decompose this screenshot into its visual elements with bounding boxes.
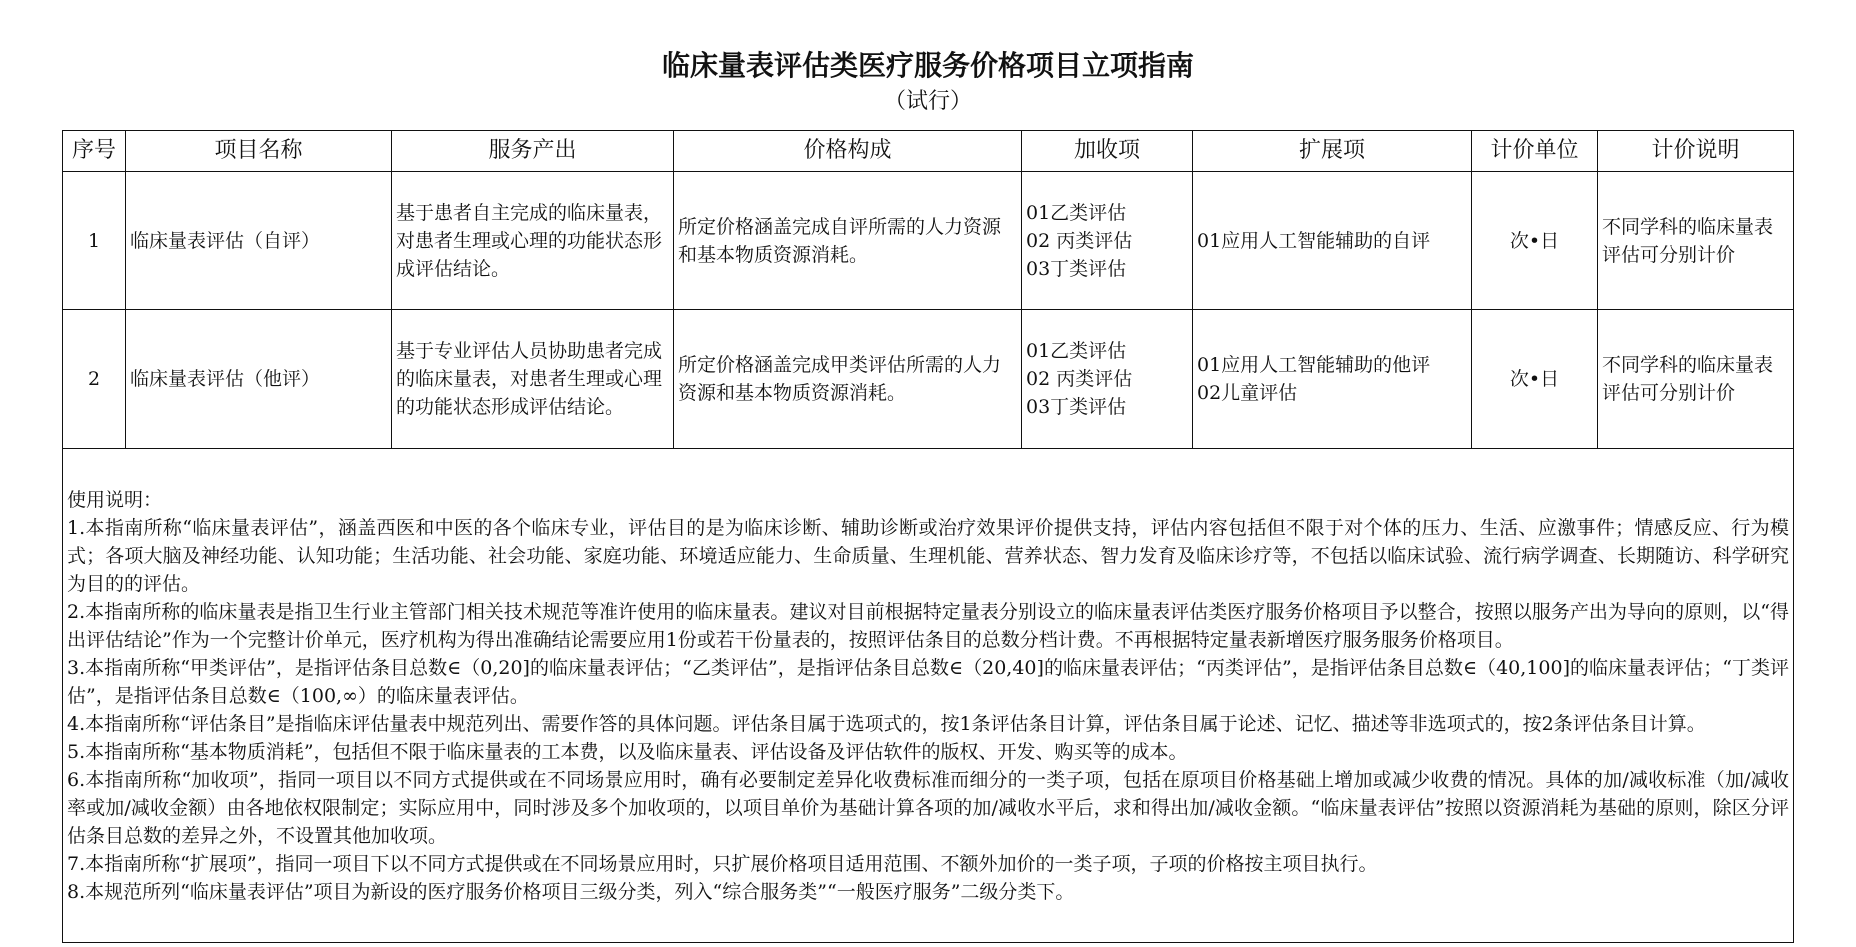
extension-item: 01应用人工智能辅助的自评 <box>1197 227 1467 255</box>
table-header-row: 序号 项目名称 服务产出 价格构成 加收项 扩展项 计价单位 计价说明 <box>63 131 1794 172</box>
row-surcharges: 01乙类评估 02 丙类评估 03丁类评估 <box>1022 172 1193 310</box>
row-price-composition: 所定价格涵盖完成自评所需的人力资源和基本物质资源消耗。 <box>674 172 1022 310</box>
table-row: 2 临床量表评估（他评） 基于专业评估人员协助患者完成的临床量表，对患者生理或心… <box>63 310 1794 449</box>
row-service-output: 基于患者自主完成的临床量表，对患者生理或心理的功能状态形成评估结论。 <box>392 172 674 310</box>
notes-heading: 使用说明： <box>67 486 1789 514</box>
row-index: 1 <box>63 172 126 310</box>
header-item-name: 项目名称 <box>126 131 392 172</box>
surcharge-item: 01乙类评估 <box>1026 199 1188 227</box>
surcharge-item: 02 丙类评估 <box>1026 227 1188 255</box>
row-extensions: 01应用人工智能辅助的自评 <box>1193 172 1472 310</box>
header-surcharges: 加收项 <box>1022 131 1193 172</box>
header-price-composition: 价格构成 <box>674 131 1022 172</box>
note-item: 8.本规范所列“临床量表评估”项目为新设的医疗服务价格项目三级分类，列入“综合服… <box>67 878 1789 906</box>
header-index: 序号 <box>63 131 126 172</box>
row-index: 2 <box>63 310 126 449</box>
row-pricing-unit: 次•日 <box>1472 310 1598 449</box>
surcharge-item: 03丁类评估 <box>1026 393 1188 421</box>
header-service-output: 服务产出 <box>392 131 674 172</box>
note-item: 7.本指南所称“扩展项”，指同一项目下以不同方式提供或在不同场景应用时，只扩展价… <box>67 850 1789 878</box>
note-item: 6.本指南所称“加收项”，指同一项目以不同方式提供或在不同场景应用时，确有必要制… <box>67 766 1789 850</box>
header-pricing-note: 计价说明 <box>1598 131 1794 172</box>
row-pricing-note: 不同学科的临床量表评估可分别计价 <box>1598 172 1794 310</box>
row-pricing-unit: 次•日 <box>1472 172 1598 310</box>
pricing-guide-table: 序号 项目名称 服务产出 价格构成 加收项 扩展项 计价单位 计价说明 1 临床… <box>62 130 1794 943</box>
row-surcharges: 01乙类评估 02 丙类评估 03丁类评估 <box>1022 310 1193 449</box>
note-item: 3.本指南所称“甲类评估”，是指评估条目总数∈（0,20]的临床量表评估；“乙类… <box>67 654 1789 710</box>
row-price-composition: 所定价格涵盖完成甲类评估所需的人力资源和基本物质资源消耗。 <box>674 310 1022 449</box>
row-item-name: 临床量表评估（他评） <box>126 310 392 449</box>
row-pricing-note: 不同学科的临床量表评估可分别计价 <box>1598 310 1794 449</box>
note-item: 2.本指南所称的临床量表是指卫生行业主管部门相关技术规范等准许使用的临床量表。建… <box>67 598 1789 654</box>
surcharge-item: 01乙类评估 <box>1026 337 1188 365</box>
usage-notes: 使用说明： 1.本指南所称“临床量表评估”，涵盖西医和中医的各个临床专业，评估目… <box>63 449 1794 943</box>
note-item: 1.本指南所称“临床量表评估”，涵盖西医和中医的各个临床专业，评估目的是为临床诊… <box>67 514 1789 598</box>
note-item: 4.本指南所称“评估条目”是指临床评估量表中规范列出、需要作答的具体问题。评估条… <box>67 710 1789 738</box>
row-extensions: 01应用人工智能辅助的他评 02儿童评估 <box>1193 310 1472 449</box>
header-extensions: 扩展项 <box>1193 131 1472 172</box>
row-item-name: 临床量表评估（自评） <box>126 172 392 310</box>
surcharge-item: 02 丙类评估 <box>1026 365 1188 393</box>
document-title: 临床量表评估类医疗服务价格项目立项指南 <box>0 44 1856 84</box>
extension-item: 02儿童评估 <box>1197 379 1467 407</box>
row-service-output: 基于专业评估人员协助患者完成的临床量表，对患者生理或心理的功能状态形成评估结论。 <box>392 310 674 449</box>
header-pricing-unit: 计价单位 <box>1472 131 1598 172</box>
table-row: 1 临床量表评估（自评） 基于患者自主完成的临床量表，对患者生理或心理的功能状态… <box>63 172 1794 310</box>
notes-row: 使用说明： 1.本指南所称“临床量表评估”，涵盖西医和中医的各个临床专业，评估目… <box>63 449 1794 943</box>
extension-item: 01应用人工智能辅助的他评 <box>1197 351 1467 379</box>
document-subtitle: （试行） <box>0 84 1856 115</box>
note-item: 5.本指南所称“基本物质消耗”，包括但不限于临床量表的工本费，以及临床量表、评估… <box>67 738 1789 766</box>
surcharge-item: 03丁类评估 <box>1026 255 1188 283</box>
